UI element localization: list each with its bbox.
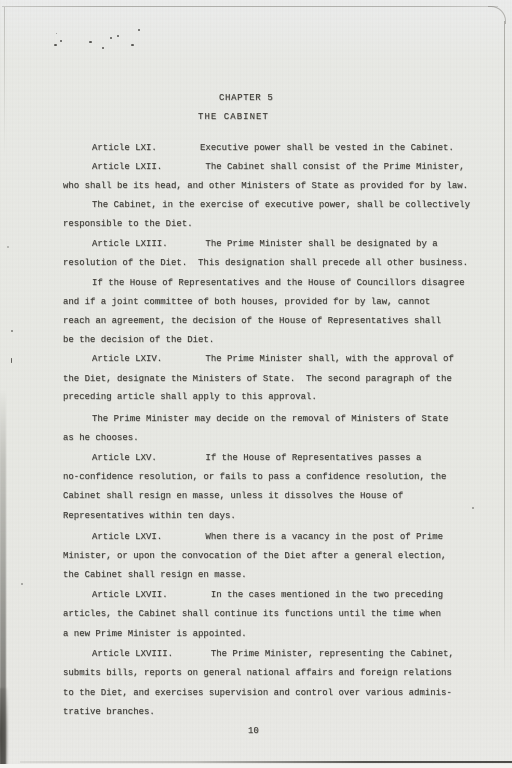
document-line: the Cabinet shall resign en masse.	[63, 570, 247, 581]
document-line: trative branches.	[63, 707, 155, 718]
document-line: a new Prime Minister is appointed.	[63, 629, 247, 640]
scanner-bed-strip	[0, 764, 512, 768]
document-line: Representatives within ten days.	[63, 511, 236, 522]
document-line: The Cabinet, in the exercise of executiv…	[92, 200, 470, 211]
document-line: reach an agreement, the decision of the …	[63, 316, 441, 327]
page-edge-right	[504, 21, 505, 681]
document-line: Article LXIII. The Prime Minister shall …	[92, 239, 438, 250]
document-line: Minister, or upon the convocation of the…	[63, 551, 446, 562]
page-edge-top	[2, 6, 498, 7]
page-edge-left	[4, 7, 5, 157]
document-line: Article LXVI. When there is a vacancy in…	[92, 532, 443, 543]
document-line: Article LXI. Executive power shall be ve…	[92, 143, 454, 154]
document-line: articles, the Cabinet shall continue its…	[63, 609, 441, 620]
chapter-heading: CHAPTER 5	[219, 93, 273, 104]
document-line: Article LXVII. In the cases mentioned in…	[92, 590, 443, 601]
scanned-page: CHAPTER 5 THE CABINET Article LXI. Execu…	[0, 0, 512, 768]
document-line: Article LXVIII. The Prime Minister, repr…	[92, 649, 454, 660]
document-line: resolution of the Diet. This designation…	[63, 258, 468, 269]
document-line: and if a joint committee of both houses,…	[63, 297, 430, 308]
document-line: no-confidence resolution, or fails to pa…	[63, 472, 446, 483]
document-line: responsible to the Diet.	[63, 219, 193, 230]
document-line: Article LXIV. The Prime Minister shall, …	[92, 354, 454, 365]
document-line: Article LXV. If the House of Representat…	[92, 453, 421, 464]
document-line: Article LXII. The Cabinet shall consist …	[92, 162, 465, 173]
document-line: submits bills, reports on general nation…	[63, 668, 452, 679]
document-line: to the Diet, and exercises supervision a…	[63, 688, 452, 699]
chapter-title: THE CABINET	[198, 112, 269, 123]
page-number: 10	[248, 726, 259, 737]
document-line: the Diet, designate the Ministers of Sta…	[63, 374, 452, 385]
document-line: be the decision of the Diet.	[63, 335, 214, 346]
page-edge-corner	[488, 6, 506, 24]
document-line: who shall be its head, and other Ministe…	[63, 181, 468, 192]
document-line: If the House of Representatives and the …	[92, 278, 465, 289]
scan-blot-bottom-left	[0, 688, 8, 768]
page-edge-bottom	[20, 761, 512, 763]
scan-shadow-left	[0, 390, 6, 768]
document-line: as he chooses.	[63, 433, 139, 444]
document-line: The Prime Minister may decide on the rem…	[92, 414, 448, 425]
document-line: preceding article shall apply to this ap…	[63, 392, 317, 403]
document-line: Cabinet shall resign en masse, unless it…	[63, 491, 403, 502]
